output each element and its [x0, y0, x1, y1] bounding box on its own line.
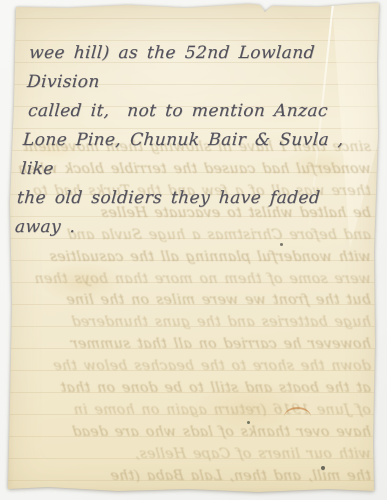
bleedthrough-line: wonderful had caused the terrible block …	[15, 161, 372, 181]
bleedthrough-line: at the boats and still to be done on tha…	[15, 380, 372, 400]
corner-highlight	[8, 3, 379, 493]
bleedthrough-line: since then I have in showing them moveme…	[15, 139, 372, 159]
fold-crease	[306, 3, 334, 247]
ink-speck	[247, 421, 250, 424]
bleedthrough-line: of June 1916 (return again on home in	[15, 402, 372, 422]
bleedthrough-line: with wonderful planning all the casualti…	[15, 249, 372, 269]
handwriting-line-3: Lone Pine, Chunuk Bair & Suvla , like	[20, 126, 374, 184]
bleedthrough-line: huge batteries and the guns thundered	[15, 314, 372, 334]
paper-sheet: since then I have in showing them moveme…	[8, 3, 379, 493]
bleedthrough-line: however he carried on all that summer	[15, 336, 372, 356]
bleedthrough-line: have over thanks of lads who are dead	[15, 424, 372, 444]
handwriting-line-2: called it, not to mention Anzac	[27, 97, 376, 126]
age-stains	[8, 3, 379, 493]
rust-mark	[284, 407, 311, 417]
bleedthrough-line: be halted whilst to evacuate Helles	[15, 205, 372, 225]
bleedthrough-line: down the shore to the beaches below the	[15, 358, 372, 378]
bleedthrough-line: the mill, and then, Lala Baba (the	[15, 468, 372, 488]
bleedthrough-line: were some of them no more than boys then	[15, 271, 372, 291]
bleedthrough-line: with our liners of Cape Helles,	[15, 446, 372, 466]
handwriting-line-1: wee hill) as the 52nd Lowland Division	[26, 39, 380, 97]
bleedthrough-line: but the front we were miles on the line	[15, 292, 372, 312]
scan-background: since then I have in showing them moveme…	[0, 0, 387, 500]
ink-speck	[280, 243, 283, 246]
handwriting-line-4: the old soldiers they have faded away .	[14, 184, 370, 242]
ruled-lines	[8, 0, 379, 493]
bleedthrough-line: and before Christmas a huge Suvla and	[15, 227, 372, 247]
letter-page: since then I have in showing them moveme…	[8, 3, 379, 493]
bleedthrough-text: since then I have in showing them moveme…	[8, 3, 379, 493]
handwritten-text: wee hill) as the 52nd Lowland Division c…	[16, 39, 380, 242]
ink-speck	[321, 466, 325, 470]
bleedthrough-line: there was all of a few and the Turks had…	[15, 183, 372, 203]
